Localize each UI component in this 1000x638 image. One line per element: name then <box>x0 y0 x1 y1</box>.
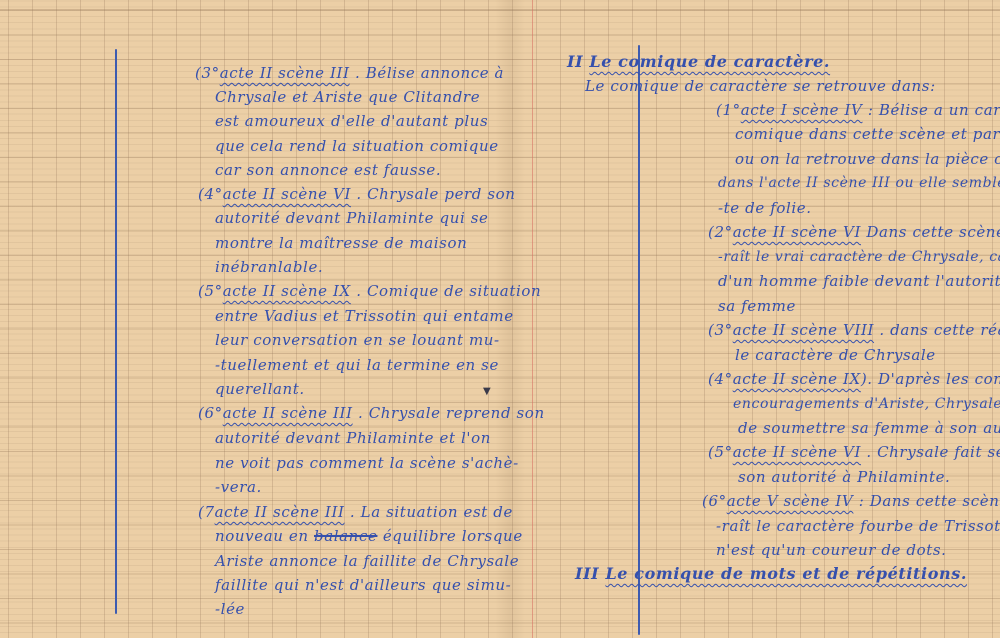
text-line: Chrysale et Ariste que Clitandre <box>215 85 480 110</box>
text-line: . Bélise annonce à <box>355 64 504 82</box>
item-marker: (5° <box>198 282 223 300</box>
text-line: . Chrysale reprend son <box>358 404 545 422</box>
text-line: ou on la retrouve dans la pièce comme <box>735 147 1000 172</box>
text-line: montre la maîtresse de maison <box>215 231 467 256</box>
text-line: le caractère de Chrysale <box>735 343 936 368</box>
text-line: inébranlable. <box>215 255 323 280</box>
text-fragment: équilibre lorsque <box>383 527 523 545</box>
item-marker: (7 <box>198 503 215 521</box>
left-page-blue-margin-line <box>115 49 117 614</box>
left-item-7: (7acte II scène III . La situation est d… <box>198 500 513 525</box>
right-item-6: (6°acte V scène IV : Dans cette scène ap… <box>702 489 1000 514</box>
struck-out-word: balance <box>314 527 377 545</box>
scene-reference: acte II scène IX <box>733 370 861 388</box>
right-item-3: (3°acte II scène VIII . dans cette réapp… <box>708 318 1000 346</box>
section-ii-heading: II Le comique de caractère. <box>567 50 830 75</box>
right-item-1: (1°acte I scène IV : Bélise a un caractè… <box>716 98 1000 123</box>
text-line: son autorité à Philaminte. <box>738 465 950 490</box>
section-iii-heading: III Le comique de mots et de répétitions… <box>575 562 967 587</box>
text-line: faillite qui n'est d'ailleurs que simu- <box>215 573 511 598</box>
text-line: -tuellement et qui la termine en se <box>215 353 499 378</box>
text-line: -raît le vrai caractère de Chrysale, car… <box>718 245 1000 270</box>
text-line: -vera. <box>215 475 262 500</box>
right-item-2: (2°acte II scène VI Dans cette scène app… <box>708 220 1000 245</box>
item-marker: (4° <box>708 370 733 388</box>
text-line: querellant. <box>215 377 305 402</box>
scene-reference: acte II scène VIII <box>733 321 874 339</box>
text-line: ). D'après les conseils et les <box>861 370 1000 388</box>
text-line: Ariste annonce la faillite de Chrysale <box>215 549 519 574</box>
text-line: -raît le caractère fourbe de Trissotin q… <box>716 514 1000 539</box>
right-page-blue-margin-line <box>638 45 640 635</box>
text-line: . Chrysale perd son <box>356 185 515 203</box>
item-marker: (4° <box>198 185 223 203</box>
scene-reference: acte II scène III <box>223 404 353 422</box>
text-line: . Comique de situation <box>356 282 541 300</box>
text-line: leur conversation en se louant mu- <box>215 328 500 353</box>
left-item-5: (5°acte II scène IX . Comique de situati… <box>198 279 541 304</box>
section-title: Le comique de caractère. <box>589 52 830 71</box>
text-line: comique dans cette scène et partout <box>735 122 1000 147</box>
text-line: dans l'acte II scène III ou elle semble … <box>718 171 1000 196</box>
text-line: autorité devant Philaminte et l'on <box>215 426 491 451</box>
text-line: de soumettre sa femme à son autorité <box>738 416 1000 441</box>
text-line: : Bélise a un caractère <box>868 101 1000 119</box>
text-line: . Chrysale fait sentir <box>866 443 1000 461</box>
right-item-5: (5°acte II scène VI . Chrysale fait sent… <box>708 440 1000 465</box>
scene-reference: acte II scène VI <box>733 223 861 241</box>
text-line: est amoureux d'elle d'autant plus <box>215 109 488 134</box>
text-line: d'un homme faible devant l'autorité de <box>718 269 1000 294</box>
section-title: Le comique de mots et de répétitions. <box>605 564 967 583</box>
left-item-6: (6°acte II scène III . Chrysale reprend … <box>198 401 545 426</box>
text-line: encouragements d'Ariste, Chrysale décide <box>733 392 1000 417</box>
scene-reference: acte I scène IV <box>741 101 863 119</box>
item-marker: (3° <box>708 321 733 339</box>
scene-reference: acte II scène IX <box>223 282 351 300</box>
text-line: nouveau en balance équilibre lorsque <box>215 524 523 549</box>
scene-reference: acte II scène VI <box>733 443 861 461</box>
text-line: . dans cette <box>879 321 975 339</box>
item-marker: (6° <box>198 404 223 422</box>
text-line: autorité devant Philaminte qui se <box>215 206 489 231</box>
text-line: sa femme <box>718 294 796 319</box>
text-line: réapparait <box>980 321 1000 339</box>
text-line: ne voit pas comment la scène s'achè- <box>215 451 519 476</box>
text-line: -te de folie. <box>718 196 812 221</box>
text-fragment: nouveau en <box>215 527 309 545</box>
item-marker: (2° <box>708 223 733 241</box>
text-line: n'est qu'un coureur de dots. <box>716 538 947 563</box>
text-line: car son annonce est fausse. <box>215 158 441 183</box>
scene-reference: acte II scène III <box>215 503 345 521</box>
text-line: : Dans cette scène appa- <box>859 492 1000 510</box>
left-item-4: (4°acte II scène VI . Chrysale perd son <box>198 182 516 207</box>
section-numeral: II <box>567 52 583 71</box>
right-item-4: (4°acte II scène IX). D'après les consei… <box>708 367 1000 392</box>
scene-reference: acte II scène VI <box>223 185 351 203</box>
item-marker: (6° <box>702 492 727 510</box>
right-page-red-margin <box>532 0 533 638</box>
section-intro: Le comique de caractère se retrouve dans… <box>585 74 936 99</box>
scene-reference: acte II scène III <box>220 64 350 82</box>
left-item-3: (3°acte II scène III . Bélise annonce à <box>195 61 504 86</box>
text-line: -lée <box>215 597 245 622</box>
ink-tick-mark: ▼ <box>483 386 491 397</box>
item-marker: (5° <box>708 443 733 461</box>
text-line: que cela rend la situation comique <box>215 134 499 159</box>
item-marker: (3° <box>195 64 220 82</box>
scene-reference: acte V scène IV <box>727 492 854 510</box>
item-marker: (1° <box>716 101 741 119</box>
text-line: Dans cette scène appa- <box>866 223 1000 241</box>
text-line: . La situation est de <box>350 503 513 521</box>
text-line: entre Vadius et Trissotin qui entame <box>215 304 514 329</box>
section-numeral: III <box>575 564 599 583</box>
